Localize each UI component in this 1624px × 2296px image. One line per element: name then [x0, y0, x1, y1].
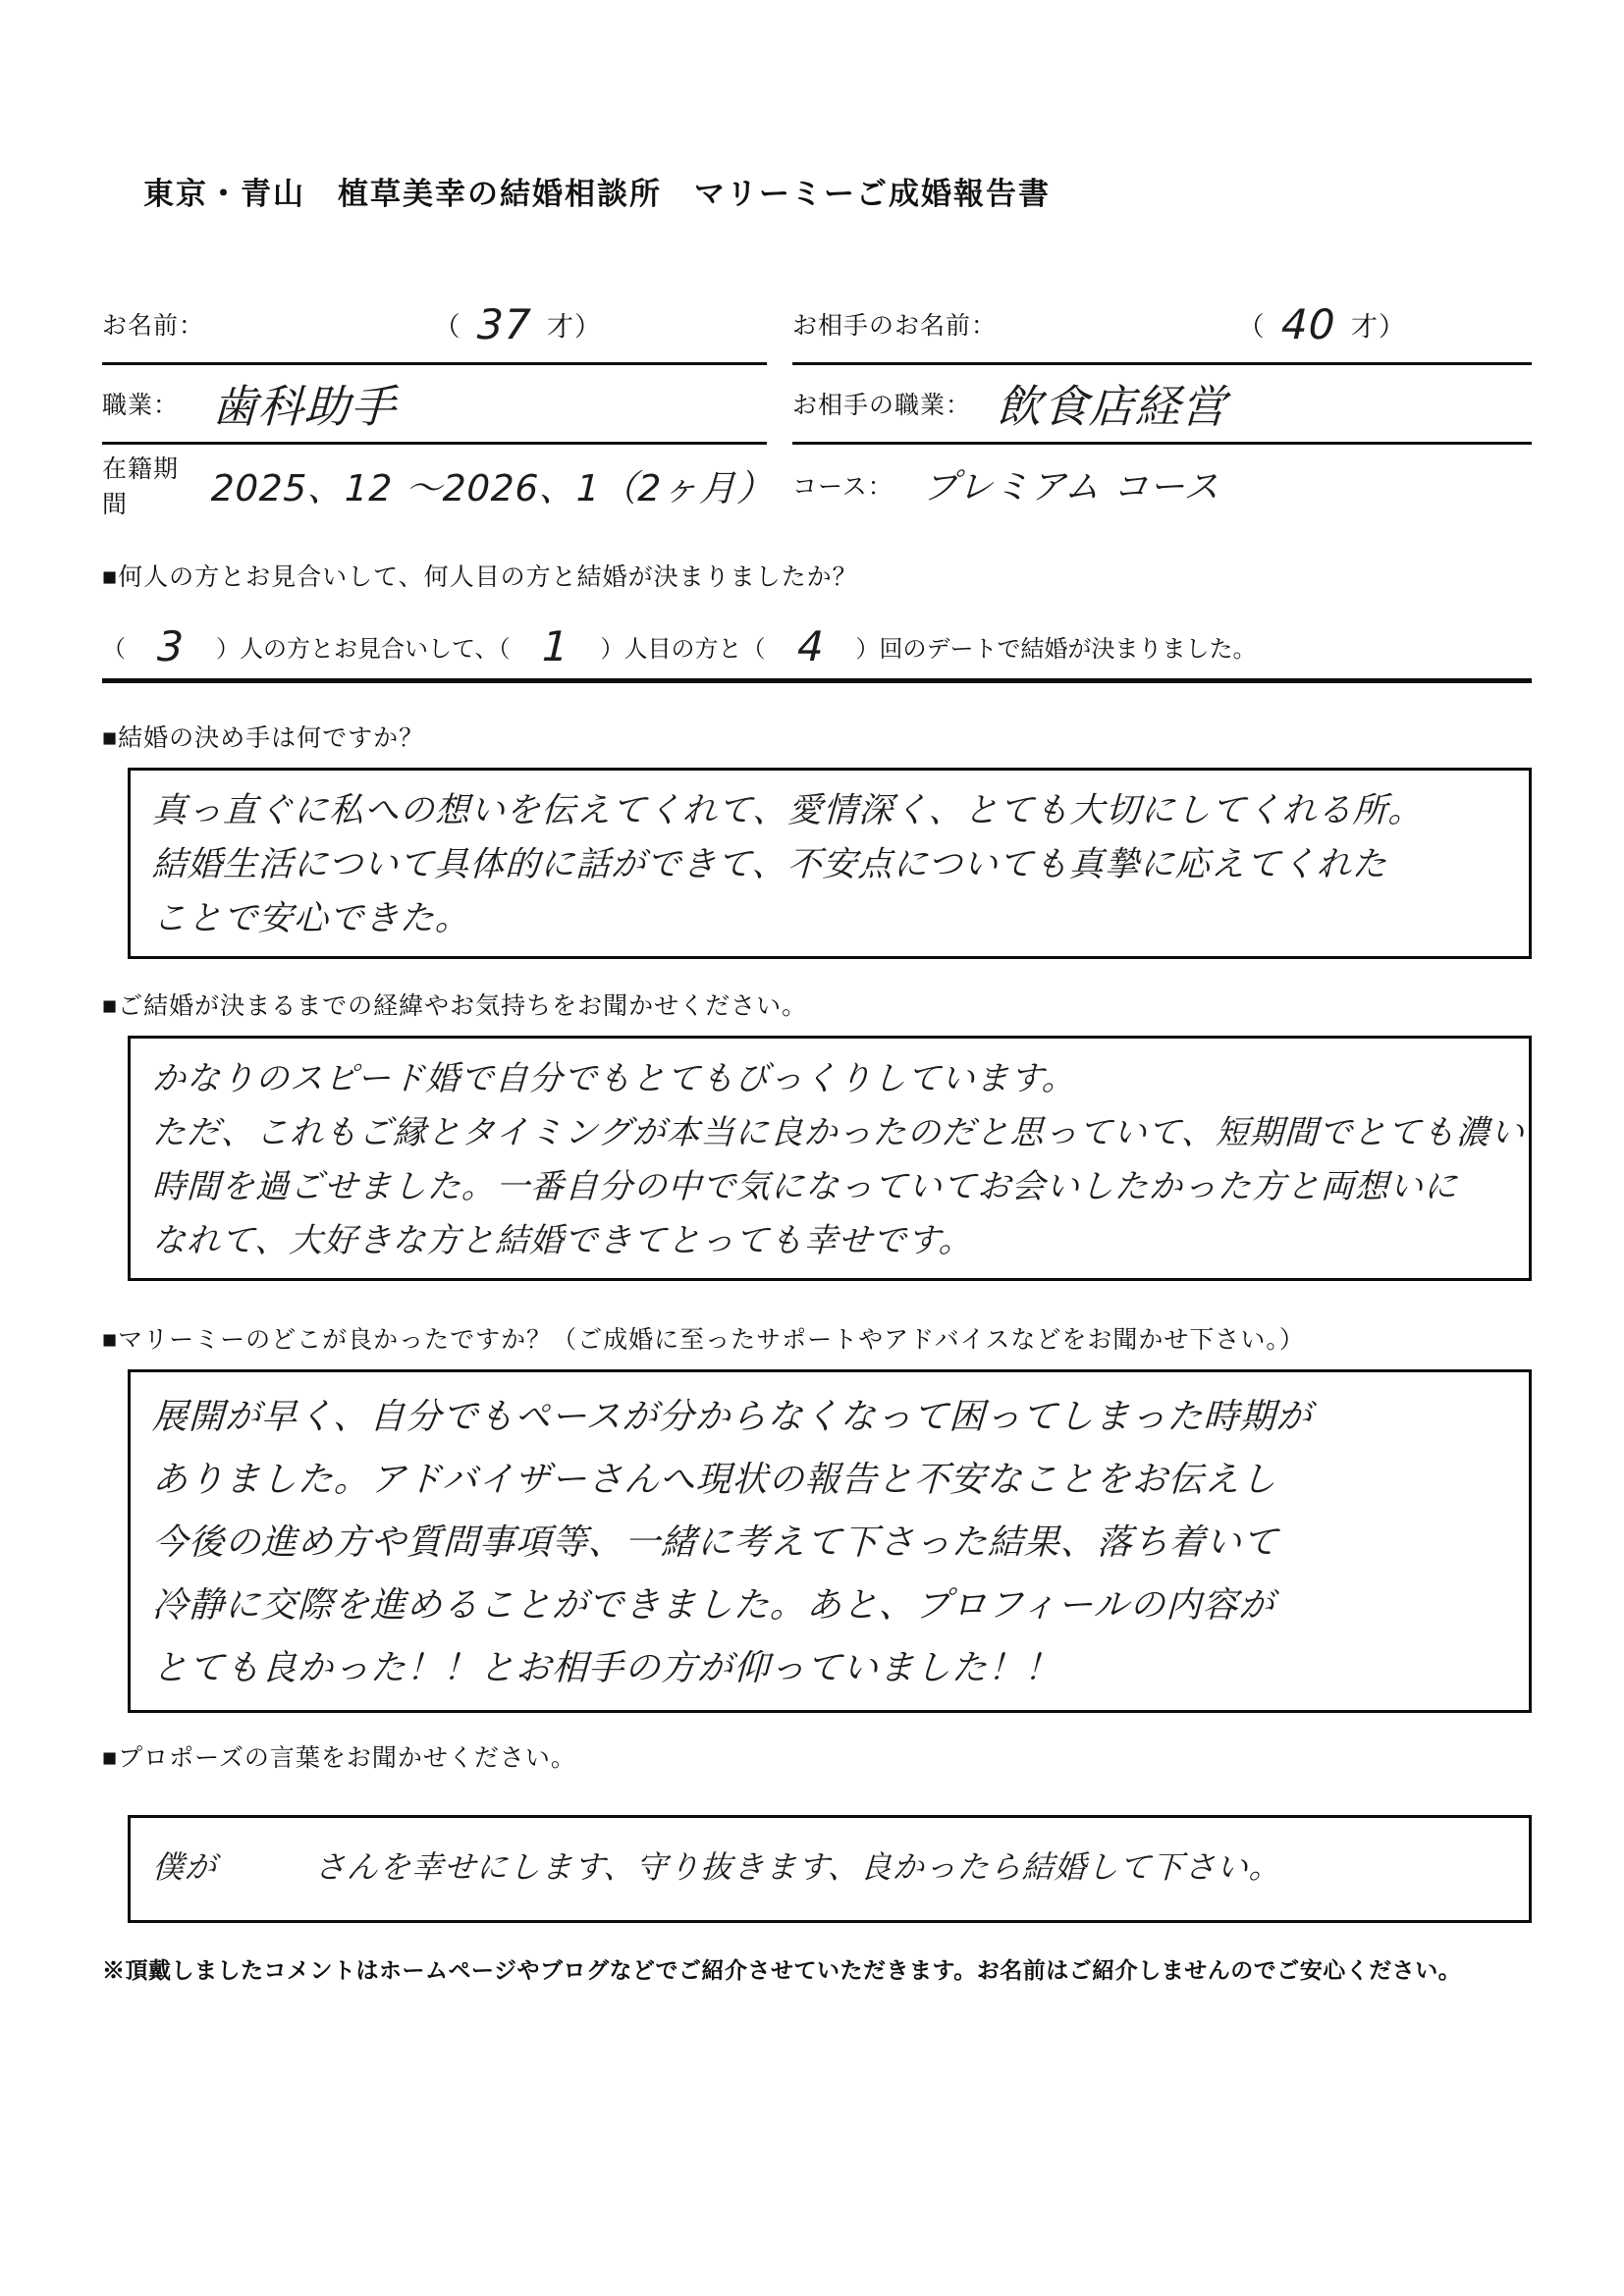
section-heading: ■マリーミーのどこが良かったですか？（ご成婚に至ったサポートやアドバイスなどをお… [102, 1320, 1532, 1356]
enrollment-label: 在籍期間 [102, 450, 203, 520]
course-cell: コース： プレミアム コース [792, 445, 1532, 524]
enrollment-cell: 在籍期間 2025、12 ～2026、1（2ヶ月） [102, 445, 767, 524]
course-label: コース： [792, 467, 893, 503]
omiai-question: ■何人の方とお見合いして、何人目の方と結婚が決まりましたか？ [102, 558, 1532, 593]
footer-note: ※頂戴しましたコメントはホームページやブログなどでご紹介させていただきます。お名… [102, 1952, 1532, 1985]
answer-box: 展開が早く、自分でもペースが分からなくなって困ってしまった時期が ありました。ア… [128, 1369, 1532, 1713]
section-heading: ■プロポーズの言葉をお聞かせください。 [102, 1738, 1532, 1774]
answer-line: ことで安心できた。 [151, 892, 471, 946]
course-value: プレミアム コース [922, 459, 1220, 509]
partner-age-paren-open: （ [1238, 305, 1266, 344]
page-title: 東京・青山 植草美幸の結婚相談所 マリーミーご成婚報告書 [102, 0, 1532, 213]
report-sheet: 東京・青山 植草美幸の結婚相談所 マリーミーご成婚報告書 お名前： （ 37 才… [0, 0, 1624, 2296]
partner-job-cell: お相手の職業： 飲食店経営 [792, 365, 1532, 445]
name-label: お名前： [102, 306, 204, 342]
name-age-group: （ 37 才） [434, 300, 602, 348]
answer-line: 結婚生活について具体的に話ができて、不安点についても真摯に応えてくれた [151, 838, 1388, 892]
partner-age-value: 40 [1265, 300, 1352, 348]
omiai-segment-1: ）人の方とお見合いして、（ [216, 629, 511, 664]
answer-box: かなりのスピード婚で自分でもとてもびっくりしています。 ただ、これもご縁とタイミ… [128, 1036, 1532, 1281]
name-cell: お名前： （ 37 才） [102, 286, 767, 365]
answer-line: とても良かった！！とお相手の方が仰っていました！！ [151, 1637, 1061, 1700]
profile-row-names: お名前： （ 37 才） お相手のお名前： （ 40 才） [102, 286, 1532, 365]
omiai-paren-open-1: （ [102, 629, 126, 664]
partner-name-label: お相手のお名前： [792, 306, 997, 342]
profile-table: お名前： （ 37 才） お相手のお名前： （ 40 才） 職業： 歯科助手 [102, 286, 1532, 524]
answer-line: 僕が さんを幸せにします、守り抜きます、良かったら結婚して下さい。 [151, 1843, 1282, 1891]
name-age-value: 37 [460, 300, 548, 348]
name-age-paren-close: 才） [547, 305, 602, 344]
enrollment-value: 2025、12 ～2026、1（2ヶ月） [210, 458, 768, 511]
omiai-answer-line: （ 3 ）人の方とお見合いして、（ 1 ）人目の方と（ 4 ）回のデートで結婚が… [102, 622, 1532, 683]
answer-line: 今後の進め方や質問事項等、一緒に考えて下さった結果、落ち着いて [151, 1512, 1279, 1575]
section-proposal: ■プロポーズの言葉をお聞かせください。 僕が さんを幸せにします、守り抜きます、… [102, 1738, 1532, 1923]
partner-job-label: お相手の職業： [792, 386, 971, 421]
answer-line: なれて、大好きな方と結婚できてとっても幸せです。 [151, 1214, 974, 1268]
answer-line: ありました。アドバイザーさんへ現状の報告と不安なことをお伝えし [151, 1449, 1278, 1512]
date-count-value: 4 [765, 622, 857, 670]
answer-line: かなりのスピード婚で自分でもとてもびっくりしています。 [151, 1052, 1077, 1106]
answer-box: 僕が さんを幸せにします、守り抜きます、良かったら結婚して下さい。 [128, 1815, 1532, 1923]
section-marry-me-feedback: ■マリーミーのどこが良かったですか？（ご成婚に至ったサポートやアドバイスなどをお… [102, 1320, 1532, 1713]
order-value: 1 [510, 622, 602, 670]
section-deciding-factor: ■結婚の決め手は何ですか？ 真っ直ぐに私への想いを伝えてくれて、愛情深く、とても… [102, 719, 1532, 959]
section-story: ■ご結婚が決まるまでの経緯やお気持ちをお聞かせください。 かなりのスピード婚で自… [102, 987, 1532, 1281]
met-count-value: 3 [125, 622, 217, 670]
name-age-paren-open: （ [434, 305, 461, 344]
partner-age-paren-close: 才） [1351, 305, 1406, 344]
job-label: 職業： [102, 386, 179, 421]
job-value: 歯科助手 [211, 371, 398, 436]
answer-line: 冷静に交際を進めることができました。あと、プロフィールの内容が [151, 1575, 1276, 1637]
answer-line: 真っ直ぐに私への想いを伝えてくれて、愛情深く、とても大切にしてくれる所。 [151, 784, 1425, 838]
section-heading: ■結婚の決め手は何ですか？ [102, 719, 1532, 754]
job-cell: 職業： 歯科助手 [102, 365, 767, 445]
partner-age-group: （ 40 才） [1238, 300, 1406, 348]
partner-job-value: 飲食店経営 [996, 371, 1228, 436]
answer-line: 展開が早く、自分でもペースが分からなくなって困ってしまった時期が [151, 1386, 1314, 1449]
section-heading: ■ご結婚が決まるまでの経緯やお気持ちをお聞かせください。 [102, 987, 1532, 1022]
profile-row-jobs: 職業： 歯科助手 お相手の職業： 飲食店経営 [102, 365, 1532, 445]
answer-box: 真っ直ぐに私への想いを伝えてくれて、愛情深く、とても大切にしてくれる所。 結婚生… [128, 768, 1532, 959]
omiai-segment-2: ）人目の方と（ [601, 629, 766, 664]
profile-row-period-course: 在籍期間 2025、12 ～2026、1（2ヶ月） コース： プレミアム コース [102, 445, 1532, 524]
answer-line: 時間を過ごせました。一番自分の中で気になっていてお会いしたかった方と両想いに [151, 1160, 1459, 1214]
omiai-segment-3: ）回のデートで結婚が決まりました。 [856, 629, 1257, 664]
answer-line: ただ、これもご縁とタイミングが本当に良かったのだと思っていて、短期間でとても濃い [151, 1106, 1526, 1160]
partner-name-cell: お相手のお名前： （ 40 才） [792, 286, 1532, 365]
